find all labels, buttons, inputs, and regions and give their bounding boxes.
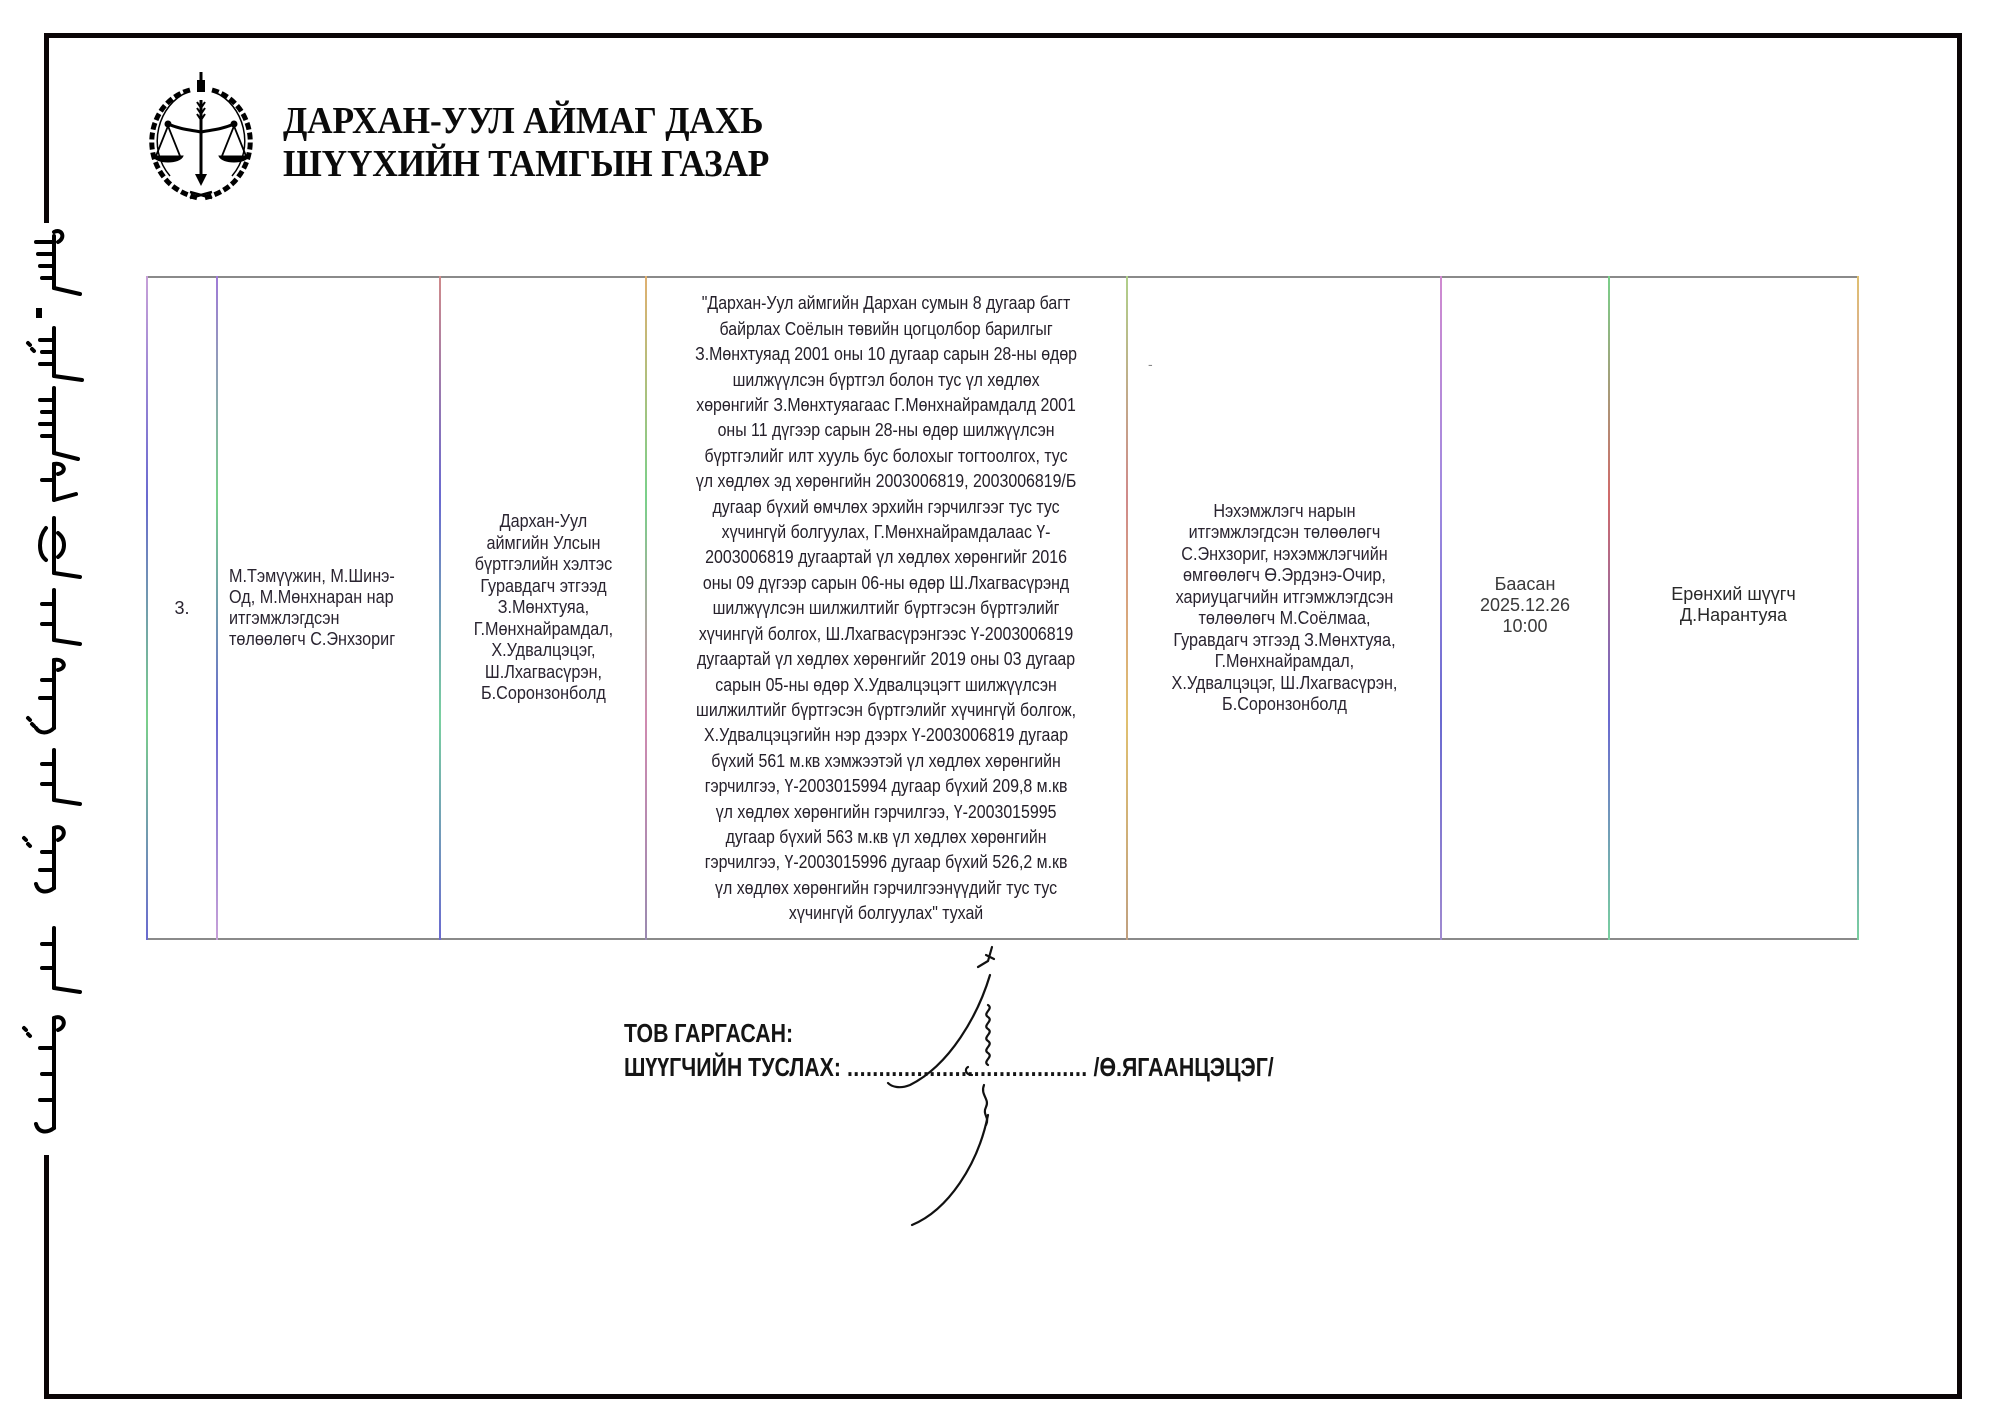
page-frame-bottom <box>44 1394 1962 1399</box>
cell-defendants: Дархан-Уул аймгийн Улсын бүртгэлийн хэлт… <box>441 276 645 940</box>
org-title: ДАРХАН-УУЛ АЙМАГ ДАХЬ ШҮҮХИЙН ТАМГЫН ГАЗ… <box>283 100 806 186</box>
participants-text: Нэхэмжлэгч нарын итгэмжлэгдсэн төлөөлөгч… <box>1171 501 1397 716</box>
mongolian-script-glyphs <box>6 228 86 1148</box>
cell-participants: - Нэхэмжлэгч нарын итгэмжлэгдсэн төлөөлө… <box>1128 276 1440 940</box>
hearing-date: 2025.12.26 <box>1480 595 1570 616</box>
court-emblem-logo <box>138 70 264 204</box>
hearing-schedule-table: 3. М.Тэмүүжин, М.Шинэ- Од, М.Мөнхнаран н… <box>146 276 1859 940</box>
judge-name: Д.Нарантуяа <box>1671 605 1795 626</box>
cell-plaintiffs: М.Тэмүүжин, М.Шинэ- Од, М.Мөнхнаран нар … <box>218 276 439 940</box>
assistant-row: ШҮҮГЧИЙН ТУСЛАХ: .......................… <box>624 1050 1274 1084</box>
defendants-text: Дархан-Уул аймгийн Улсын бүртгэлийн хэлт… <box>473 511 612 705</box>
judge-text: Ерөнхий шүүгч Д.Нарантуяа <box>1671 584 1795 626</box>
assistant-name: /Ө.ЯГААНЦЭЦЭГ/ <box>1094 1052 1274 1082</box>
page-frame-left-bottom <box>44 1155 49 1399</box>
mongolian-script-banner <box>6 228 86 1148</box>
row-number: 3. <box>174 598 189 619</box>
plaintiffs-text: М.Тэмүүжин, М.Шинэ- Од, М.Мөнхнаран нар … <box>229 566 395 650</box>
assistant-label: ШҮҮГЧИЙН ТУСЛАХ: <box>624 1052 841 1082</box>
page-frame-left-top <box>44 33 49 223</box>
cell-row-number: 3. <box>148 276 216 940</box>
cell-hearing-time: Баасан 2025.12.26 10:00 <box>1442 276 1608 940</box>
issued-by-label: ТОВ ГАРГАСАН: <box>624 1016 1274 1050</box>
signature-line: ...................................... <box>847 1052 1088 1082</box>
org-title-line2: ШҮҮХИЙН ТАМГЫН ГАЗАР <box>283 143 769 186</box>
table-border-right <box>1857 276 1859 940</box>
judge-title: Ерөнхий шүүгч <box>1671 584 1795 605</box>
org-title-line1: ДАРХАН-УУЛ АЙМАГ ДАХЬ <box>283 100 769 143</box>
page-frame-top <box>44 33 1962 38</box>
page-frame-right <box>1957 33 1962 1399</box>
cell-judge: Ерөнхий шүүгч Д.Нарантуяа <box>1610 276 1857 940</box>
hearing-hour: 10:00 <box>1480 616 1570 637</box>
court-emblem-scales-icon <box>138 70 264 204</box>
participants-dash: - <box>1148 356 1153 372</box>
hearing-time-text: Баасан 2025.12.26 10:00 <box>1480 574 1570 637</box>
hearing-weekday: Баасан <box>1480 574 1570 595</box>
cell-claim: "Дархан-Уул аймгийн Дархан сумын 8 дугаа… <box>647 276 1126 940</box>
claim-text: "Дархан-Уул аймгийн Дархан сумын 8 дугаа… <box>696 290 1078 925</box>
signature-block: ТОВ ГАРГАСАН: ШҮҮГЧИЙН ТУСЛАХ: .........… <box>624 1016 1416 1084</box>
handwritten-signature-icon <box>850 935 1010 1235</box>
